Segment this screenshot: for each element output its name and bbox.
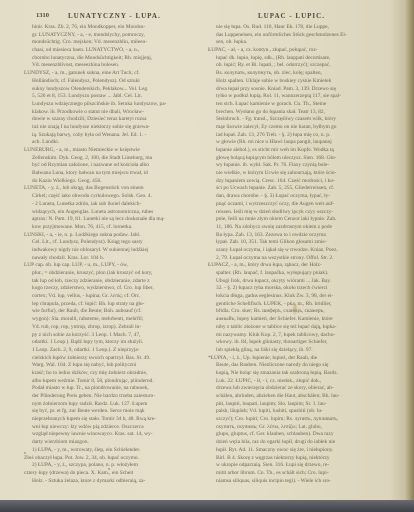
text-line: szczyć); Cro. lupiti; Cro. lupim; Rs. лу… [216, 416, 384, 424]
text-line: plur., = obdzieranie, kruszyć, plon (iak… [32, 270, 196, 278]
right-running-title: LUPAC - LUPIC. [258, 12, 325, 20]
text-line: Cel. Lit., cf. Lundysz, Polendysz). Ksią… [32, 239, 196, 247]
text-line: aptrax: N. Pam. 19, 81. Lunetki nie są l… [32, 216, 196, 224]
text-line: niamsa siliquas, siliquis incipio tegi).… [216, 478, 384, 486]
text-line: mi nazywamy. Kluk Kop. 2, 7, łupek tabli… [216, 332, 384, 340]
dictionary-entry-start: LUNETA, - y, ż., lub okrąg, das Bogenstü… [24, 185, 196, 193]
dictionary-entry-start: cztery łupy (drzewa) do pieca. X. Kam., … [24, 470, 196, 478]
text-line: Cirkel; część iako obwodu cyrkulowego. S… [32, 193, 196, 201]
dictionary-entry-start: Złoś obaczył łupa. Pot. Jow. 2, 34, ob. … [24, 455, 196, 463]
text-line: reissen. Ieśli mię w dzień słodliwy ipcy… [216, 209, 384, 217]
text-line: Luk. 22. ŁUPIĆ, - ił, - i, cz. niedok., … [216, 378, 384, 386]
text-line: brechen. Wysłano go do łupania skał. Tea… [216, 109, 384, 117]
text-line: Beute, das Rauben. Niezliczone narody do… [216, 362, 384, 370]
scanner-bed-edge [0, 500, 414, 512]
text-line: drzewa lub zwierzęcia obdzierać ze skory… [216, 385, 384, 393]
text-line: dzień węża bila, raz do ogarki łupił, dr… [216, 439, 384, 447]
left-text-column: hinir. Kras. Zb. 2, 76, ein Mondkopper, … [32, 24, 196, 485]
text-line: Holländisch; cf. Falendysz, Polendysz). … [32, 78, 196, 86]
text-line: 2, 79. Łupał oczyma na wszystkie strony.… [216, 255, 384, 263]
text-line: wzgląd niepewny iawnie winowayco. Kras. … [32, 431, 196, 439]
text-line: 32. - §. 2) łupacz ryba morska, około tr… [216, 285, 384, 293]
paper-speck [24, 452, 26, 454]
text-line: klakow. ib. Przodkowie o statut nie dbal… [32, 109, 196, 117]
text-line: kow przyjmowane. Mon. 76, 415, cf. lorne… [32, 224, 196, 232]
dictionary-entry-start: ŁUPAĆ, - ał, - a, cz. kontyn., złupać, p… [208, 47, 384, 55]
text-line: hinir. Kras. Zb. 2, 76, ein Mondkopper, … [32, 24, 196, 32]
text-line: chorobo lunatyczna, die Mondsüchtigkeit;… [32, 55, 196, 63]
text-line: 1 Leop. Zach. 2, 9, odartki. 1 Leop.). Z… [32, 347, 196, 355]
text-line: nie się łupa. Os. Rud. 110, Haur Ek. 178… [216, 24, 384, 32]
text-line: nawały chodzil. Kras. Lor. 104 b. [32, 255, 196, 263]
text-line: gr. LUNATYCZNY, - a, - e, mondslychy, po… [32, 32, 196, 40]
text-line: mąe lisowie zalecył, Ey czemu on nie bar… [216, 124, 384, 132]
text-line: cielskich łupów żołnierzy swoich opatrzy… [32, 355, 196, 363]
text-line: iuż nie znają I na lundysze niektorzy so… [32, 124, 196, 132]
text-line: Lundyszu wdzięcznego pilszcińskie ib. Se… [32, 101, 196, 109]
text-line: łupać dk. łupio, łupię, sdk., (Rh. laupp… [216, 55, 384, 63]
running-header: 1310 LUNATYCZNY - LUPA. LUPAC - LUPIC. [0, 12, 406, 24]
paper-stain [292, 302, 298, 316]
text-line: gentliche Schellfisch. ŁUPEK, - pka, m.,… [216, 301, 384, 309]
text-line: mondsüchtig. Cro. mejsken; Vd. mesenzhli… [32, 39, 196, 47]
text-line: 1) ŁUPA, - y, m., worowaty, ślep, ein Sc… [32, 447, 196, 455]
text-line: ten sich. Łupać kamienie w gorach. Cn. T… [216, 101, 384, 109]
text-line: głowę bolącą łupiącym bólem uleczysz. Si… [216, 155, 384, 163]
text-line: wni łup niewczy: łzy wdów pią zdzierce. … [32, 424, 196, 432]
text-line: Holz. - Sztuka żelaza, ktore z dymarki o… [32, 478, 196, 486]
text-line: indwakowy nigdy nie oblosarył. W sukienn… [32, 247, 196, 255]
text-line: kraść; bo to iedno dzików, czy mię żołni… [32, 370, 196, 378]
text-line: der Plünderung Preis geben. Nie bardzo t… [32, 393, 196, 401]
text-line: się być, pr. et fg. zur Beute werden. Se… [32, 408, 196, 416]
text-line: palsh, läupäsh; Vd. lupiti, lushiti, spu… [216, 408, 384, 416]
text-line: łokcia długa, gadus eeglesinus. Kluk Zw.… [216, 293, 384, 301]
text-line: dzy łupaniem zowią. Cresc. 164. Cześć mo… [216, 178, 384, 186]
text-line: Ubogi Irok, drwa łupacz, okryty wiórami … [216, 278, 384, 286]
text-line: Vd. mesenzhlivost, meseezhina bolesen. [32, 62, 196, 70]
text-line: dan, drawa chorobe. - §. 3) Łupać oczyma… [216, 193, 384, 201]
text-line: Warg. Wal. 164. Z łupu się nabyć, lub po… [32, 362, 196, 370]
text-line: 5, 526 et 8, 153. Lundyszu postaw ... Ja… [32, 93, 196, 101]
text-line: das Luppeneisen, ein unförmliches Stück … [216, 32, 384, 40]
text-line: wy łupanie. ib. wykł. Sak. Pr. 76. Flaxy… [216, 162, 384, 170]
text-line: iad łupał. Zab. 13, 276 Treb. - §. 2) łu… [216, 132, 384, 140]
text-line: Rs. колупать, колупнуть, ob. zlec, kolę;… [216, 70, 384, 78]
text-line: nie wielkie, w którym Ucwie się zabourza… [216, 170, 384, 178]
text-line: břidla. Cro. sker; Rs. шиферъ, сланецъ, … [216, 308, 384, 316]
text-line: aжныйъ; łupny kamień, der Schiefer. Kami… [216, 316, 384, 324]
text-line: wkowy. ib. 84, łupek gliniasty, thonarti… [216, 339, 384, 347]
text-line: kogo rzeczy, zdzierstwo, wydzierstwo, cf… [32, 285, 196, 293]
text-line: tak lup od łob, rzeczy zdzieranie, obdzi… [32, 278, 196, 286]
text-line: schälen, abrinden, abziehen die Haut, ab… [216, 393, 384, 401]
text-line: Holz spalten. Uklaje sobie w boskiey cyś… [216, 78, 384, 86]
text-line: być od Rzymian założone, i nazwane od ko… [32, 162, 196, 170]
dictionary-entry-start: LUNEBURG, - a, m., miasto Niemieckie w k… [24, 147, 196, 155]
text-line: drwa łupał przy sosnie. Kniad. Pam. 3, 1… [216, 86, 384, 94]
text-line: pnie, Ieśli na mnie złym okiem Cenzor ia… [216, 216, 384, 224]
text-line: piti, laupiti, loupati, laupim; Slo. lau… [216, 401, 384, 409]
right-text-column: nie się łupa. Os. Rud. 110, Haur Ek. 178… [216, 24, 384, 485]
text-line: 2) ŁUPA, - y, ż., szczypa, polano, n. p.… [32, 462, 196, 470]
book-binding-edge [404, 0, 414, 500]
text-line: Podał miasto w łup. Tr., na plondrowanie… [32, 385, 196, 393]
text-line: ści po Ucwach łupanie. Zab. 5, 255, Glie… [216, 185, 384, 193]
text-line: ach. Lundki. [32, 139, 196, 147]
text-line: lub spiekłą gliną, na liśki się dzielący… [216, 347, 384, 355]
text-line: tylko w podłuż łupią. Rol. 11, wannzerze… [216, 93, 384, 101]
text-line: 11, 186. Na zdobycz swoię zazdrosnym oki… [216, 224, 384, 232]
text-line: łupanie alebol.), es sticht mir weh im K… [216, 147, 384, 155]
text-line: kupią, Nie boiąc się zmazania tak szabro… [216, 370, 384, 378]
text-line: py z nich sobie za korzyść. 3 Leop. 1 Ma… [32, 332, 196, 340]
text-line: dowie w szaray chodzili; Dziesieć teraz … [32, 116, 196, 124]
text-line: szany Łupał oczyma, i iąkał się w trwodz… [216, 247, 384, 255]
text-line: wygon): Sla. moralli, rabsteme, mehrbeut… [32, 316, 196, 324]
text-line: w ukropie odparzaią. Sien. 316. Łupi się… [216, 462, 384, 470]
paper-speck [108, 468, 110, 470]
text-line: lep chrapula, przeda, cf. łupić: Bh. lup… [32, 301, 196, 309]
text-line: ob. łupić; Ry. et Bi. lupati, ; bel. odo… [216, 62, 384, 70]
text-line: cкупить, скупимь; Gr. λέπω, λεπίζω; Lat.… [216, 424, 384, 432]
text-line: Steinbruch. - Fg. transl., Szczęśliwy cz… [216, 116, 384, 124]
text-line: do Kaziu Wielkiego. Geog. 456. [32, 178, 196, 186]
text-line: mitit arbor librum. Cn. Th., es schält s… [216, 470, 384, 478]
text-line: pnąć oczami, i wytrzeszczyć oczy, die Au… [216, 201, 384, 209]
text-line: wie furfur), der Raub, die Beute; Boh. a… [32, 308, 196, 316]
left-running-title: LUNATYCZNY - LUPA. [68, 12, 161, 20]
text-line: odartki. 1 Leop.). Bądź łupy tym, ktorzy… [32, 339, 196, 347]
text-line: darty wierzbiom miazgon. [32, 439, 196, 447]
text-line: spalter. (Rh. laupač, f. laupačka, wyłup… [216, 270, 384, 278]
text-line: Ba łypa. Zab. 13, 163. Zezowa to i owdzi… [216, 232, 384, 240]
dictionary-entry-start: ŁUPACZ, - a, m., który drwa łupa, rąbacz… [208, 262, 384, 270]
text-line: niby z tablic złożone w tablice się też … [216, 324, 384, 332]
text-line: łypał. Zab. 10, 351. Tak temi Glikon gło… [216, 239, 384, 247]
text-line: albo łupem weźmie. Tomir 8, 58, plondruj… [32, 378, 196, 386]
page-number: 1310 [36, 12, 49, 19]
text-line: nieprzebranych łupem się stało. Tomir 34… [32, 416, 196, 424]
text-line: Vd. rub, rop, rop, yntrop, zbrop, izrop)… [32, 324, 196, 332]
text-line: Bałwana Luna, ktory bałwan na tym miejsc… [32, 170, 196, 178]
text-line: sen, ob. łupka. [216, 39, 384, 47]
dictionary-entry-start: LUNSKI, - a, - ie, n. p. Lodźkiego sukna… [24, 232, 196, 240]
dictionary-entry-start: LUP cap. ob. lup cap. LUP, - u, m., LUPY… [24, 262, 196, 270]
text-line: sukny lundyszow Olenderskich, Peklakow..… [32, 86, 196, 94]
text-line: nym żołnierzom łupy radził. Rardz. Luk. … [32, 401, 196, 409]
dictionary-entry-start: *ŁUPIA, - i, ż., Up. łupienie, łupież, d… [208, 355, 384, 363]
dictionary-entry-start: LUNDYSZ, - a, m., gatunek sukna, eine Ar… [24, 70, 196, 78]
text-line: widzących, ein Augenglas. Luneta astrono… [32, 209, 196, 217]
text-line: - 2 Luneta, Lunetka zdrón, iak sub ikoie… [32, 201, 196, 209]
text-line: cortex; Vd. lup, vellus, - lupina; Gr. λ… [32, 293, 196, 301]
text-line: ią. Szukają barwy, coby była od Wenana. … [32, 132, 196, 140]
text-line: łupił. Ryt. Ad. 11. Smaczny owoc się żre… [216, 447, 384, 455]
text-line: glupo, gluptus, cf. Ger. klauben, schlau… [216, 431, 384, 439]
text-line: Birl. B 4. Skorę z węgrzas niektorzy łup… [216, 455, 384, 463]
text-line: w głowie (Rh. mi nice u Hlawi laupa pang… [216, 139, 384, 147]
dictionary-page: 1310 LUNATYCZNY - LUPA. LUPAC - LUPIC. h… [0, 0, 406, 500]
text-line: Zellenskim. Dyk. Geog. 2, 100, die Stadt… [32, 155, 196, 163]
text-line: chasi, od miesieca baen. LUNATYCTWO, - a… [32, 47, 196, 55]
